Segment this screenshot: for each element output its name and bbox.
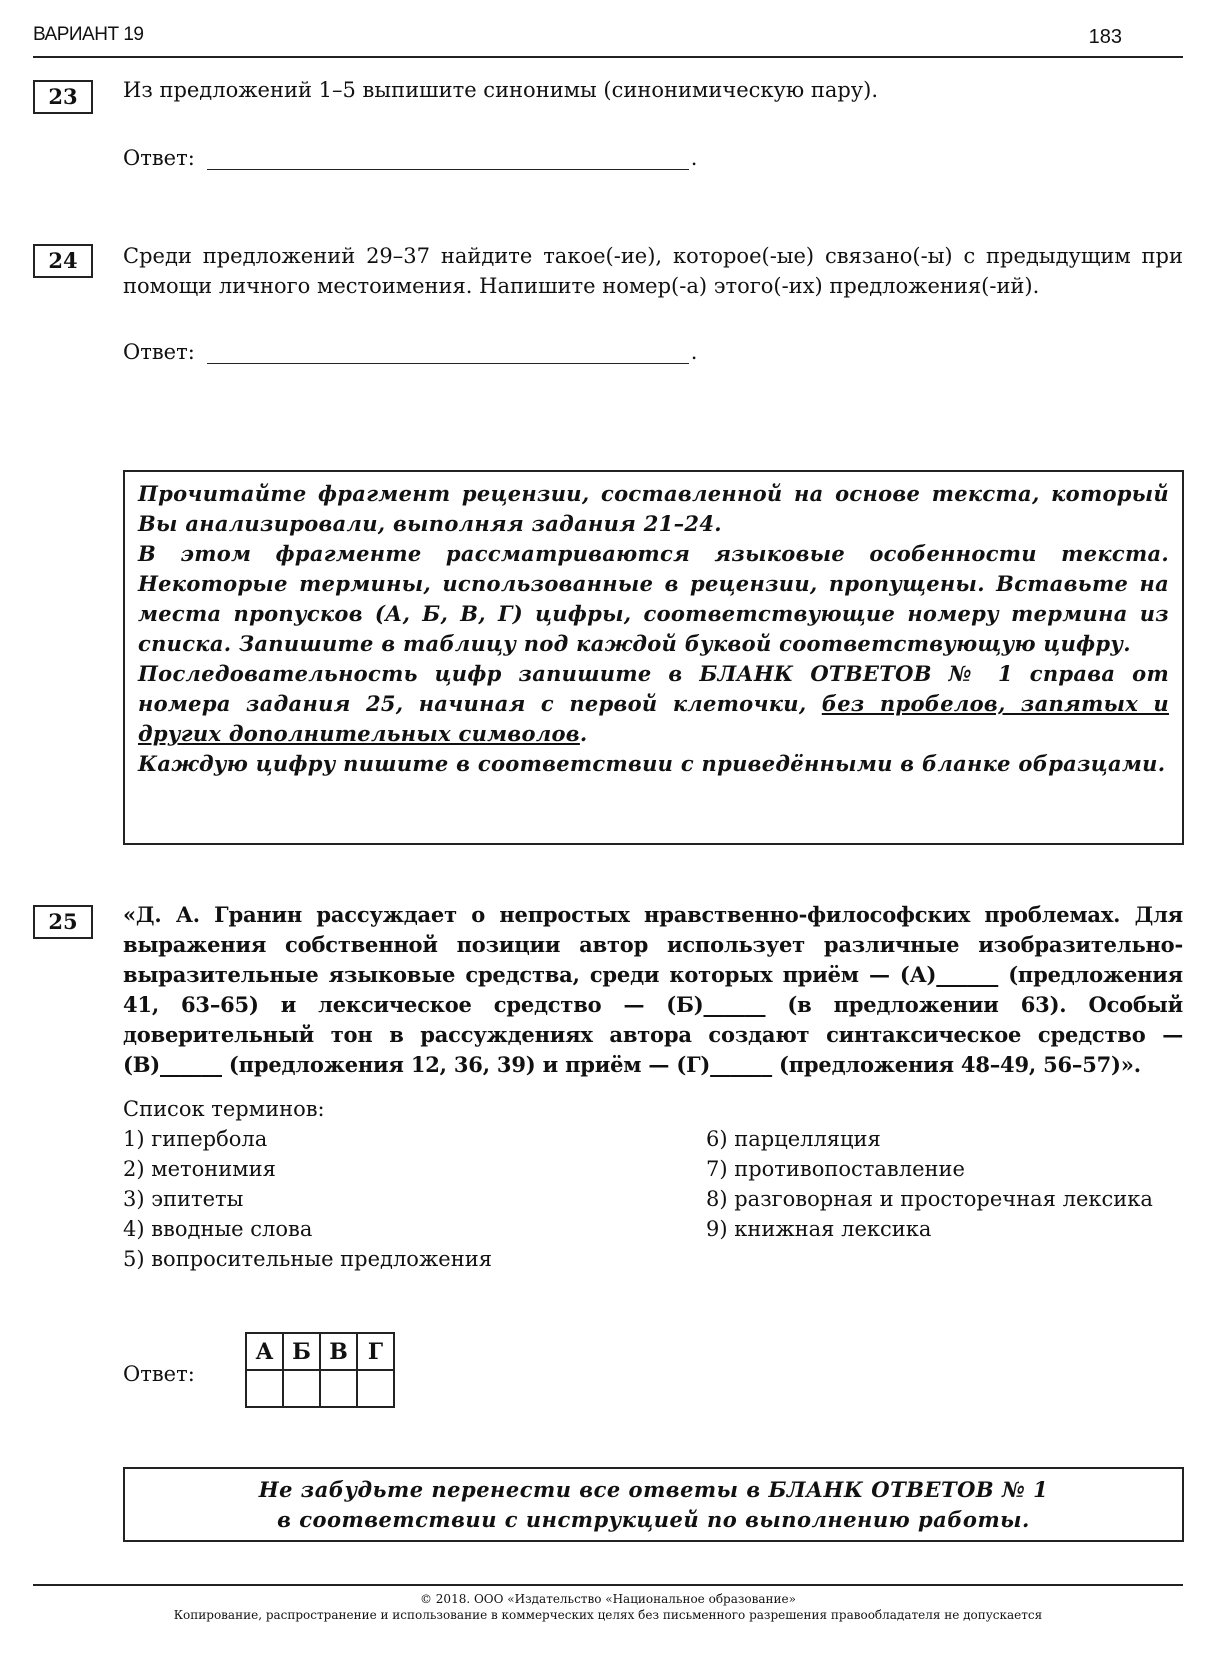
terms-list-title: Список терминов:: [123, 1097, 325, 1121]
answer-label: Ответ:: [123, 340, 195, 364]
task-24-text: Среди предложений 29–37 найдите такое(-и…: [123, 241, 1183, 301]
task-24-number: 24: [33, 244, 93, 278]
answer-cell[interactable]: [246, 1370, 283, 1407]
task-25-answer-table: АБВГ: [245, 1332, 395, 1408]
answer-table-header-row: АБВГ: [246, 1333, 394, 1370]
page-number: 183: [1089, 26, 1122, 49]
footer-divider: [33, 1584, 1183, 1586]
term-item: 1) гипербола: [123, 1124, 492, 1154]
term-item: 5) вопросительные предложения: [123, 1244, 492, 1274]
answer-cell[interactable]: [283, 1370, 320, 1407]
term-item: 6) парцелляция: [706, 1124, 1153, 1154]
answer-column-header: В: [320, 1333, 357, 1370]
answer-end: .: [691, 146, 698, 170]
answer-column-header: А: [246, 1333, 283, 1370]
task-25-number: 25: [33, 905, 93, 939]
answer-table-value-row: [246, 1370, 394, 1407]
instruction-paragraph-1: Прочитайте фрагмент рецензии, составленн…: [138, 479, 1169, 539]
term-item: 8) разговорная и просторечная лексика: [706, 1184, 1153, 1214]
task-25-answer-label: Ответ:: [123, 1362, 195, 1386]
reminder-line-1: Не забудьте перенести все ответы в БЛАНК…: [125, 1475, 1182, 1505]
instruction-paragraph-4: Каждую цифру пишите в соответствии с при…: [138, 749, 1169, 779]
term-item: 4) вводные слова: [123, 1214, 492, 1244]
task-24-answer: Ответ: .: [123, 340, 697, 364]
instruction-paragraph-2: В этом фрагменте рассматриваются языковы…: [138, 539, 1169, 659]
terms-list-right: 6) парцелляция7) противопоставление8) ра…: [706, 1124, 1153, 1244]
reminder-box: Не забудьте перенести все ответы в БЛАНК…: [123, 1467, 1184, 1542]
answer-end: .: [691, 340, 698, 364]
terms-list-left: 1) гипербола2) метонимия3) эпитеты4) вво…: [123, 1124, 492, 1274]
task-23-answer-field[interactable]: [207, 149, 689, 170]
header-divider: [33, 56, 1183, 58]
instruction-paragraph-3: Последовательность цифр запишите в БЛАНК…: [138, 659, 1169, 749]
instruction-box: Прочитайте фрагмент рецензии, составленн…: [123, 470, 1184, 845]
answer-column-header: Г: [357, 1333, 394, 1370]
task-25-text: «Д. А. Гранин рассуждает о непростых нра…: [123, 900, 1183, 1080]
answer-column-header: Б: [283, 1333, 320, 1370]
task-23-answer: Ответ: .: [123, 146, 697, 170]
answer-label: Ответ:: [123, 146, 195, 170]
variant-title: ВАРИАНТ 19: [33, 24, 143, 46]
footer-notice: Копирование, распространение и использов…: [0, 1608, 1216, 1622]
answer-cell[interactable]: [320, 1370, 357, 1407]
instruction-text-end: .: [580, 721, 588, 746]
term-item: 7) противопоставление: [706, 1154, 1153, 1184]
footer-copyright: © 2018. ООО «Издательство «Национальное …: [0, 1592, 1216, 1606]
term-item: 2) метонимия: [123, 1154, 492, 1184]
task-24-answer-field[interactable]: [207, 343, 689, 364]
reminder-line-2: в соответствии с инструкцией по выполнен…: [125, 1505, 1182, 1535]
task-23-number: 23: [33, 80, 93, 114]
term-item: 3) эпитеты: [123, 1184, 492, 1214]
task-23-text: Из предложений 1–5 выпишите синонимы (си…: [123, 75, 1183, 105]
term-item: 9) книжная лексика: [706, 1214, 1153, 1244]
answer-cell[interactable]: [357, 1370, 394, 1407]
